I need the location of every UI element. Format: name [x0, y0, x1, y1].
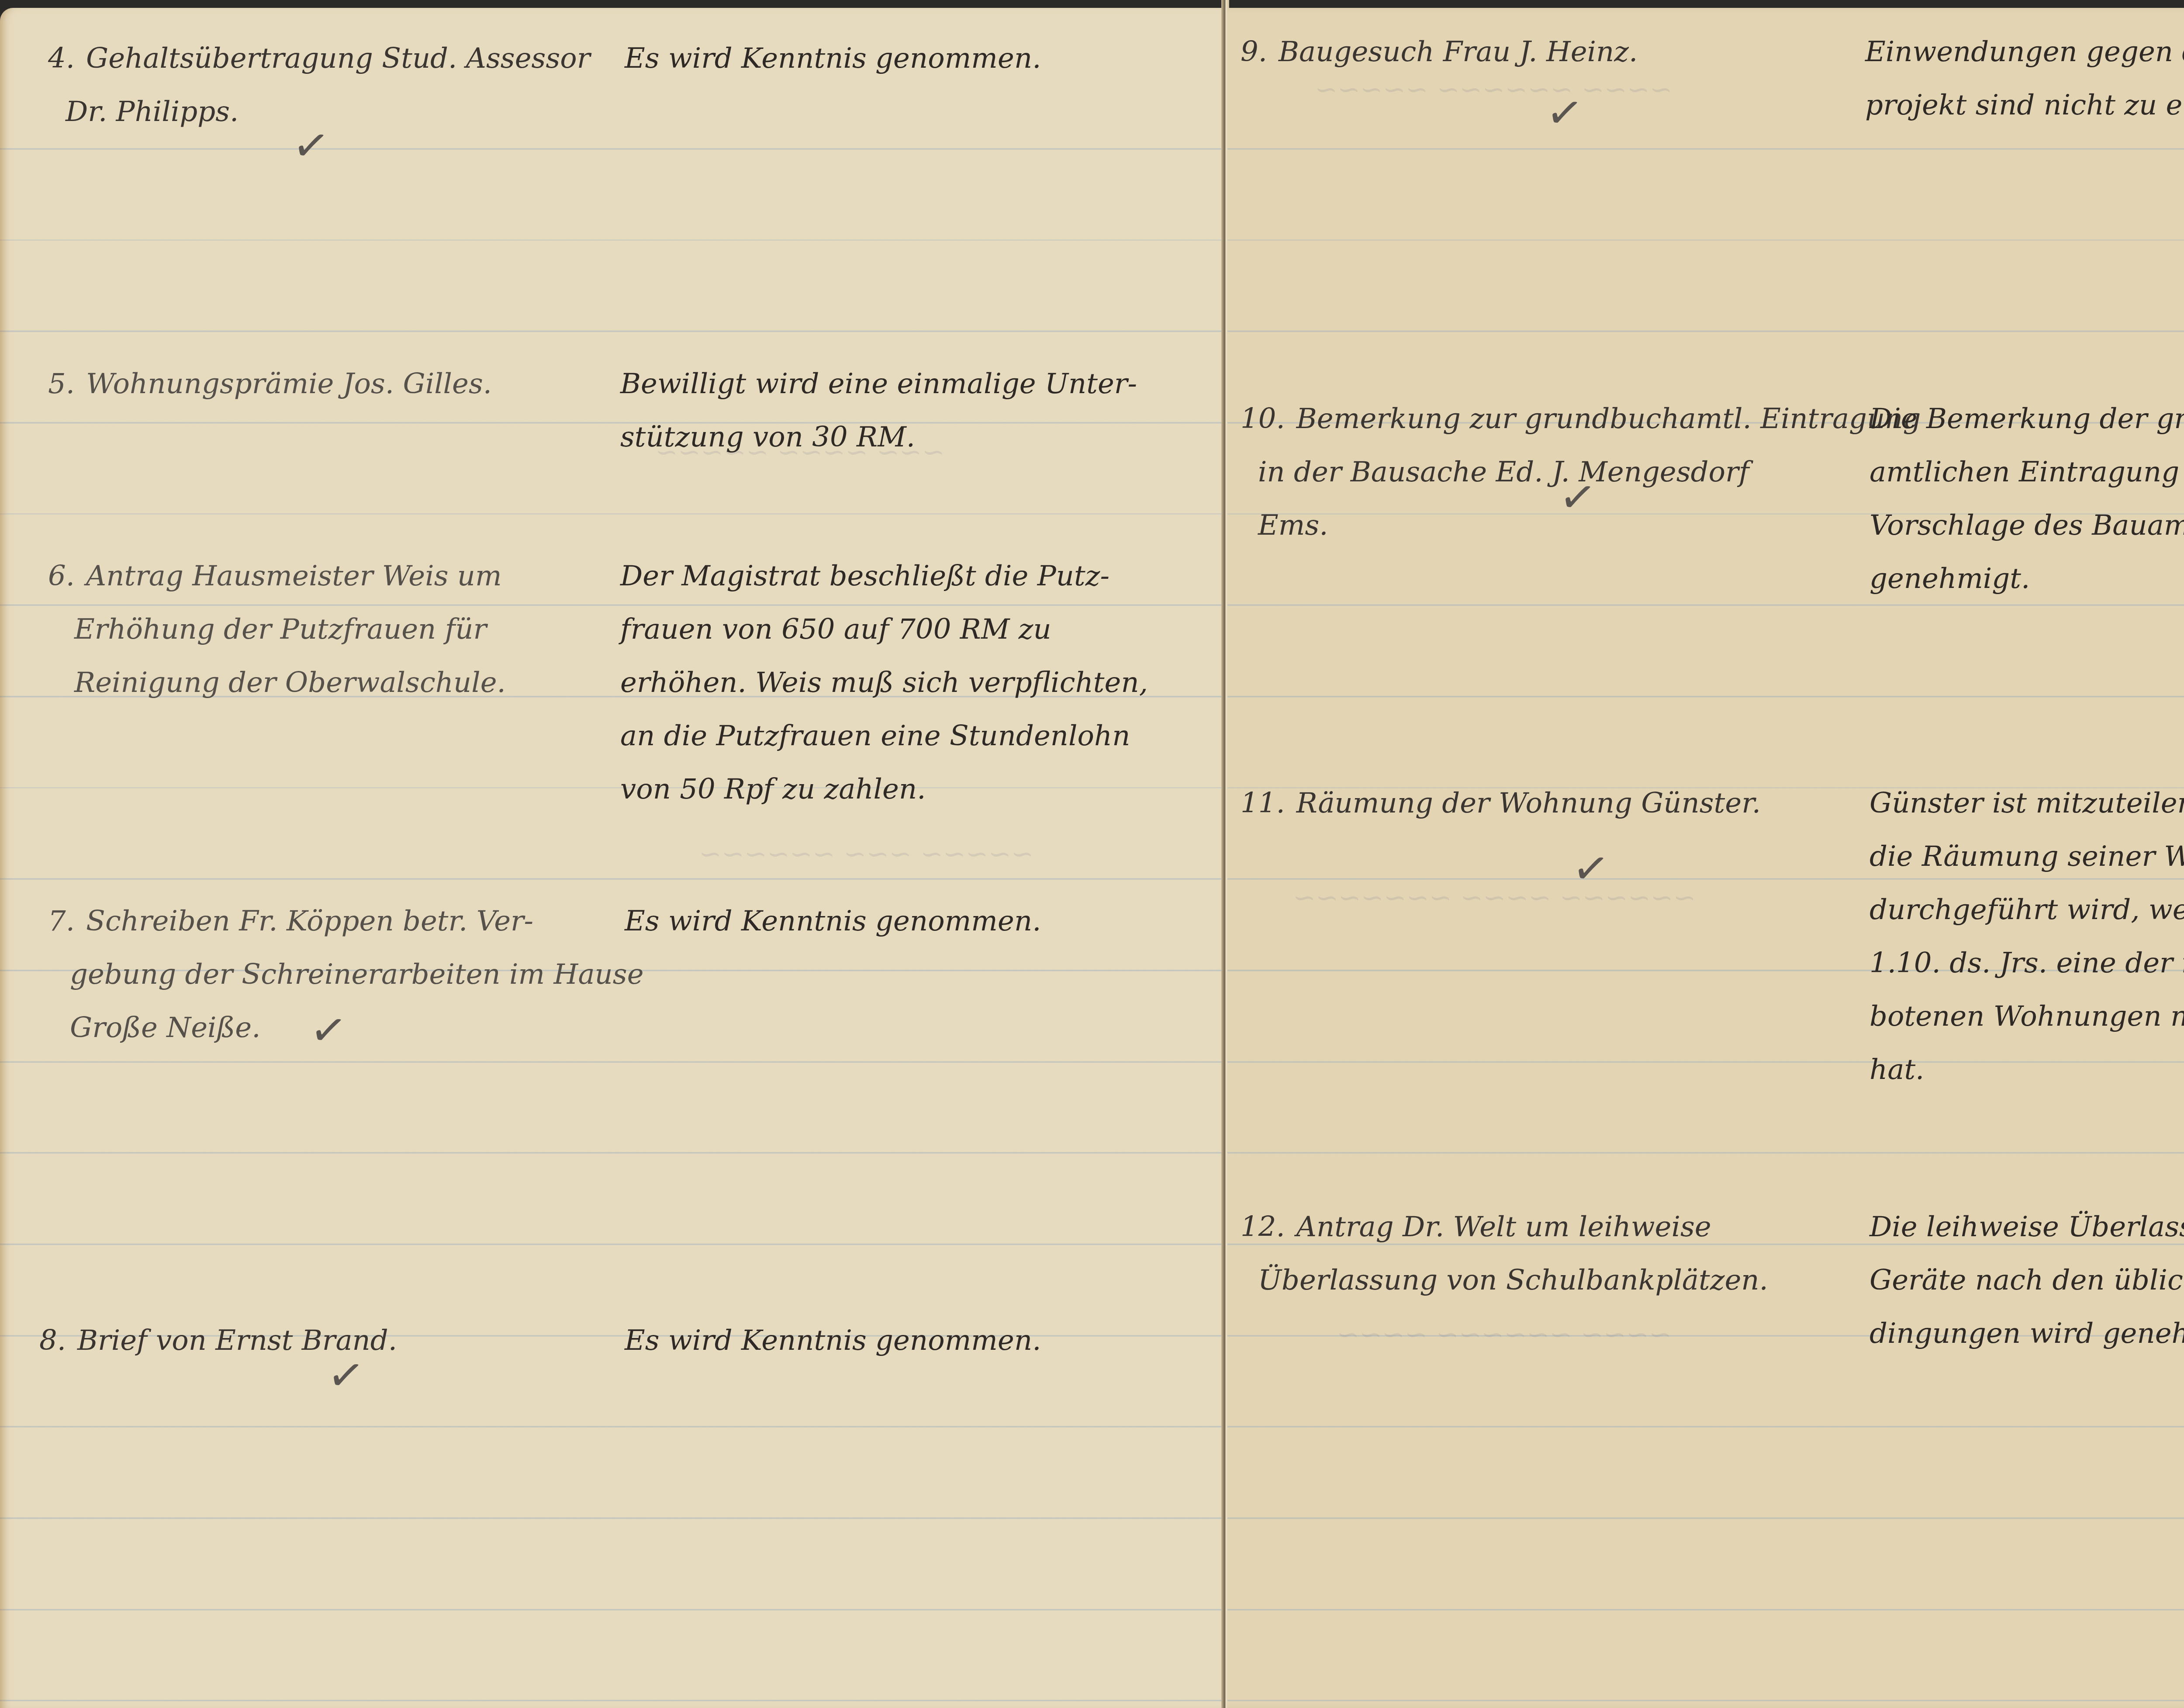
- resolution-line: genehmigt.: [1870, 552, 2184, 605]
- resolution-line: dingungen wird genehmigt.: [1870, 1307, 2184, 1360]
- item-number: 4.: [48, 42, 75, 75]
- resolution-line: frauen von 650 auf 700 RM zu: [620, 603, 1148, 656]
- resolution-line: Der Magistrat beschließt die Putz-: [620, 550, 1148, 603]
- item-resolution: Die Bemerkung der grundbuch- amtlichen E…: [1870, 392, 2184, 605]
- resolution-line: Die leihweise Überlassung der: [1870, 1200, 2184, 1254]
- item-number: 7.: [48, 905, 75, 937]
- item-resolution: Der Magistrat beschließt die Putz- fraue…: [620, 550, 1148, 816]
- resolution-line: durchgeführt wird, wenn er bis: [1870, 883, 2184, 937]
- resolution-line: Günster ist mitzuteilen, daß: [1870, 777, 2184, 830]
- resolution-line: 1.10. ds. Jrs. eine der ihm ange-: [1870, 937, 2184, 990]
- resolution-line: Einwendungen gegen das Bau-: [1865, 25, 2184, 79]
- resolution-line: hat.: [1870, 1043, 2184, 1096]
- resolution-line: Die Bemerkung der grundbuch-: [1870, 392, 2184, 446]
- subject-line: Wohnungsprämie Jos. Gilles.: [86, 368, 492, 400]
- bleed-through-text: ~~~~ ~~~~~~ ~~~~: [1337, 1318, 1672, 1350]
- item-subject: 6.Antrag Hausmeister Weis um Erhöhung de…: [48, 550, 506, 709]
- subject-line: Schreiben Fr. Köppen betr. Ver-: [86, 905, 533, 937]
- item-number: 12.: [1241, 1211, 1285, 1243]
- resolution-line: stützung von 30 RM.: [620, 411, 1137, 464]
- item-number: 11.: [1241, 787, 1285, 819]
- subject-line: Gehaltsübertragung Stud. Assessor: [86, 42, 590, 75]
- subject-line: Räumung der Wohnung Günster.: [1296, 787, 1761, 819]
- resolution-line: von 50 Rpf zu zahlen.: [620, 763, 1148, 816]
- item-resolution: Bewilligt wird eine einmalige Unter- stü…: [620, 357, 1137, 464]
- subject-line: Bemerkung zur grundbuchamtl. Eintragung: [1296, 403, 1921, 435]
- subject-line: Überlassung von Schulbankplätzen.: [1241, 1254, 1768, 1307]
- checkmark-icon: ✓: [1543, 84, 1586, 142]
- item-number: 6.: [48, 560, 75, 592]
- resolution-line: Es wird Kenntnis genommen.: [625, 32, 1041, 85]
- checkmark-icon: ✓: [307, 1002, 350, 1059]
- resolution-line: erhöhen. Weis muß sich verpflichten,: [620, 656, 1148, 709]
- item-number: 10.: [1241, 403, 1285, 435]
- subject-line: Reinigung der Oberwalschule.: [48, 656, 506, 709]
- item-resolution: Es wird Kenntnis genommen.: [625, 32, 1041, 85]
- resolution-line: botenen Wohnungen nicht angenommen: [1870, 990, 2184, 1043]
- left-page: ~~~ ~~~~ ~~~~~ ~~~~~ ~~~ ~~~~~~ 4.Gehalt…: [0, 8, 1223, 1708]
- checkmark-icon: ✓: [289, 117, 333, 175]
- subject-line: Erhöhung der Putzfrauen für: [48, 603, 506, 656]
- resolution-line: Es wird Kenntnis genommen.: [625, 1314, 1041, 1367]
- item-resolution: Günster ist mitzuteilen, daß die Räumung…: [1870, 777, 2184, 1096]
- subject-line: Antrag Hausmeister Weis um: [86, 560, 502, 592]
- right-page: ~~~~ ~~~~~~ ~~~~~ ~~~~~~ ~~~~ ~~~~~~~ ~~…: [1227, 8, 2184, 1708]
- item-resolution: Die leihweise Überlassung der Geräte nac…: [1870, 1200, 2184, 1360]
- item-subject: 9.Baugesuch Frau J. Heinz.: [1241, 25, 1638, 79]
- item-resolution: Es wird Kenntnis genommen.: [625, 1314, 1041, 1367]
- subject-line: Baugesuch Frau J. Heinz.: [1279, 36, 1638, 68]
- item-subject: 12.Antrag Dr. Welt um leihweise Überlass…: [1241, 1200, 1768, 1307]
- item-subject: 5.Wohnungsprämie Jos. Gilles.: [48, 357, 492, 411]
- resolution-line: Bewilligt wird eine einmalige Unter-: [620, 357, 1137, 411]
- resolution-line: Vorschlage des Bauamtes wird: [1870, 499, 2184, 552]
- resolution-line: an die Putzfrauen eine Stundenlohn: [620, 709, 1148, 763]
- item-number: 8.: [39, 1324, 66, 1357]
- resolution-line: Es wird Kenntnis genommen.: [625, 895, 1041, 948]
- checkmark-icon: ✓: [1569, 840, 1613, 898]
- subject-line: Antrag Dr. Welt um leihweise: [1296, 1211, 1711, 1243]
- checkmark-icon: ✓: [324, 1347, 368, 1404]
- resolution-line: projekt sind nicht zu erheben.: [1865, 79, 2184, 132]
- resolution-line: Geräte nach den üblichen Be-: [1870, 1254, 2184, 1307]
- subject-line: gebung der Schreinerarbeiten im Hause: [48, 948, 644, 1001]
- item-number: 9.: [1241, 36, 1267, 68]
- item-resolution: Einwendungen gegen das Bau- projekt sind…: [1865, 25, 2184, 132]
- notebook-spread: ~~~ ~~~~ ~~~~~ ~~~~~ ~~~ ~~~~~~ 4.Gehalt…: [0, 0, 2184, 1708]
- item-subject: 11.Räumung der Wohnung Günster.: [1241, 777, 1761, 830]
- checkmark-icon: ✓: [1556, 469, 1600, 526]
- bleed-through-text: ~~~~~ ~~~ ~~~~~~: [699, 838, 1034, 870]
- resolution-line: amtlichen Eintragung nach dem: [1870, 446, 2184, 499]
- item-resolution: Es wird Kenntnis genommen.: [625, 895, 1041, 948]
- resolution-line: die Räumung seiner Wohnung: [1870, 830, 2184, 883]
- bleed-through-text: ~~~~~~ ~~~~ ~~~~~~~: [1293, 882, 1696, 913]
- item-number: 5.: [48, 368, 75, 400]
